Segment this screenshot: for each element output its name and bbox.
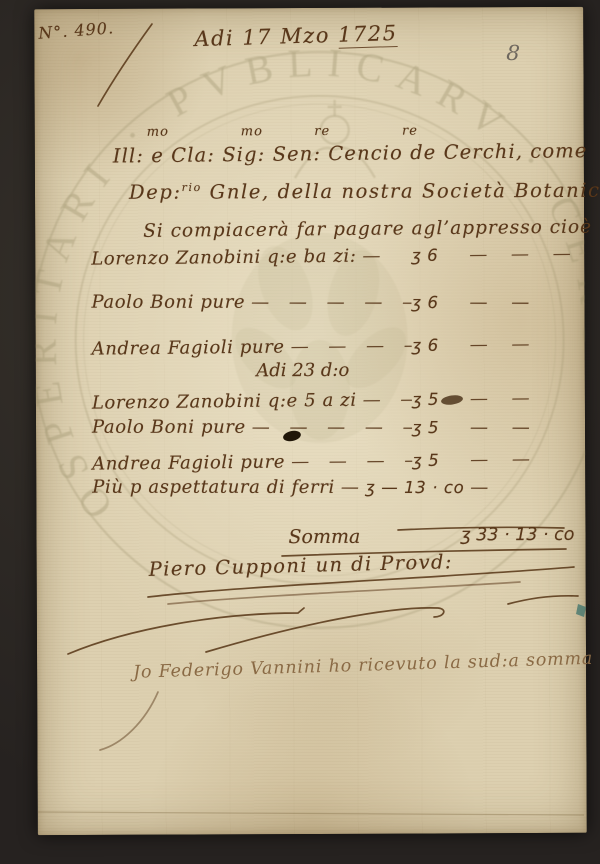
entry-name: Lorenzo Zanobini q:e ba zi: xyxy=(91,244,356,273)
dash-trail: — — xyxy=(464,385,578,412)
dash-trail: — xyxy=(464,475,578,501)
entry-amount: ʒ — 13 · co xyxy=(365,475,464,501)
somma-value: ʒ 33 · 13 · co xyxy=(461,525,575,547)
entry-amount: ʒ 5 xyxy=(412,415,464,441)
ledger-row: Lorenzo Zanobini q:e ba zi: — ʒ 6 — — — xyxy=(91,241,577,273)
entry-amount: ʒ 6 xyxy=(411,242,463,269)
dash-fill: — — — — xyxy=(284,333,411,360)
entry-amount: ʒ 5 xyxy=(412,386,464,413)
entry-name: Andrea Fagioli pure xyxy=(92,449,285,477)
date-text: Adi 17 Mzo xyxy=(194,23,338,51)
dash-fill: — — — — — xyxy=(245,290,411,316)
entry-name: Più p aspettatura di ferri xyxy=(92,475,335,501)
somma-label: Somma xyxy=(288,526,360,548)
salutation-line-2: Dep:rio Gnle, della nostra Società Botan… xyxy=(129,179,600,204)
interim-date: Adi 23 d:o xyxy=(60,359,546,383)
salutation-superscripts: mo mo re re xyxy=(147,124,418,140)
entry-name: Paolo Boni pure xyxy=(91,290,245,316)
ledger-row: Lorenzo Zanobini q:e 5 a zi — — ʒ 5 — — xyxy=(92,385,578,417)
ledger-row: Andrea Fagioli pure — — — — — ʒ 5 — — xyxy=(92,446,578,478)
ledger-row: Paolo Boni pure — — — — — ʒ 6 — — xyxy=(91,290,577,316)
salutation-line-2-sup: rio xyxy=(182,181,202,194)
approval-signature-line: Piero Cupponi un di Provd: xyxy=(148,550,453,581)
dash-fill: — — xyxy=(356,387,412,414)
salutation-line-3: Si compiacerà far pagare agl’appresso ci… xyxy=(143,217,592,242)
entry-amount: ʒ 5 xyxy=(412,447,464,474)
paper-sheet: OSPERITARI · PVBLICARV · CERC N°. 490. A… xyxy=(34,7,587,835)
salutation-line-2-pre: Dep: xyxy=(129,181,182,204)
dash-trail: — — xyxy=(464,446,578,473)
dash-fill: — xyxy=(356,243,411,270)
pencil-page-number: 8 xyxy=(506,41,521,66)
dash-trail: — — — xyxy=(463,241,577,268)
salutation-line-1: Ill: e Cla: Sig: Sen: Cencio de Cerchi, … xyxy=(113,139,588,167)
receipt-acknowledgement-line: Jo Federigo Vannini ho ricevuto la sud:a… xyxy=(133,649,594,683)
date-heading: Adi 17 Mzo 1725 xyxy=(194,21,398,51)
entry-name: Paolo Boni pure xyxy=(92,415,246,441)
dash-fill: — — — — — xyxy=(285,448,412,475)
dash-fill: — — xyxy=(335,475,365,501)
entry-amount: ʒ 6 xyxy=(411,290,463,316)
dash-trail: — — xyxy=(464,331,578,358)
dash-trail: — — xyxy=(464,415,578,441)
salutation-line-2-rest: Gnle, della nostra Società Botanica xyxy=(202,179,600,204)
ledger-row: Paolo Boni pure — — — — — — ʒ 5 — — xyxy=(92,415,578,441)
entry-name: Andrea Fagioli pure xyxy=(92,334,285,362)
scanned-manuscript-page: OSPERITARI · PVBLICARV · CERC N°. 490. A… xyxy=(0,0,600,864)
dash-fill: — — — — — — xyxy=(246,415,412,441)
somma-total-row: Somma ʒ 33 · 13 · co xyxy=(288,525,574,548)
ledger-row: Andrea Fagioli pure — — — — ʒ 6 — — xyxy=(92,331,578,363)
folio-number: N°. 490. xyxy=(38,18,115,43)
ledger-row: Più p aspettatura di ferri — — ʒ — 13 · … xyxy=(92,475,578,501)
date-year-underlined: 1725 xyxy=(338,21,398,49)
payment-ledger: Lorenzo Zanobini q:e ba zi: — ʒ 6 — — — … xyxy=(91,243,578,502)
dash-trail: — — xyxy=(463,290,577,316)
entry-name: Lorenzo Zanobini q:e 5 a zi xyxy=(92,388,357,417)
entry-amount: ʒ 6 xyxy=(412,332,464,359)
